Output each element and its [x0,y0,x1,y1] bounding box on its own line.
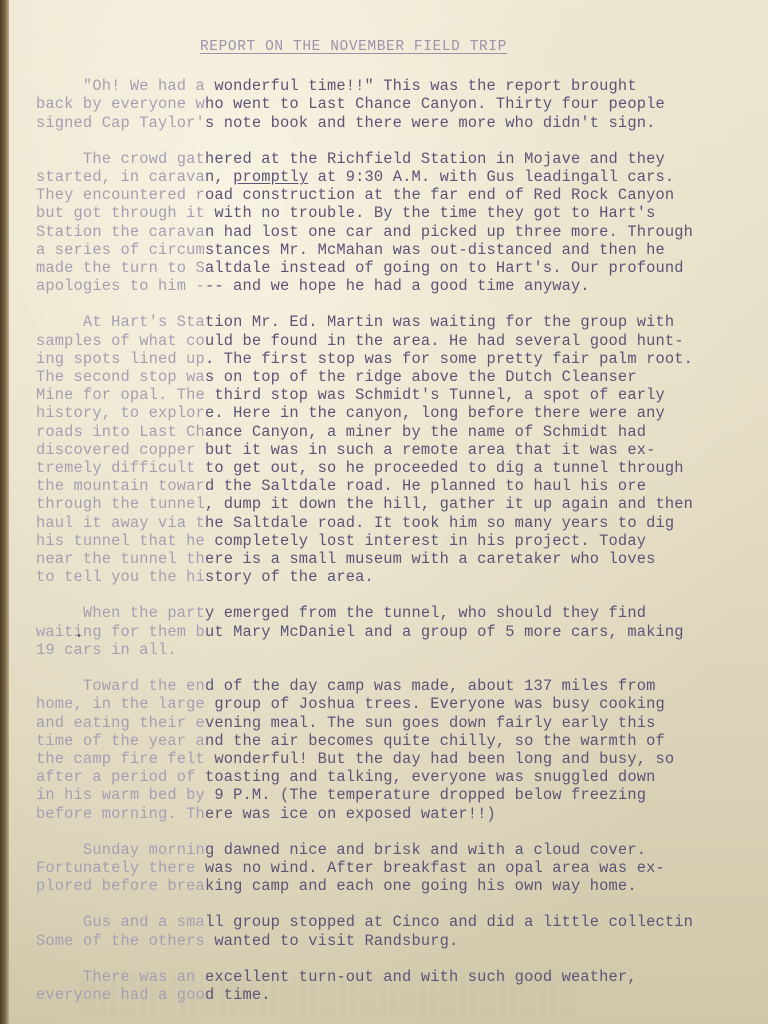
text-line: near the tunnel there is a small museum … [36,550,766,568]
text-line: Station the caravan had lost one car and… [36,223,766,241]
text-line: but got through it with no trouble. By t… [36,204,766,222]
text-line: haul it away via the Saltdale road. It t… [36,514,766,532]
binding-edge [0,0,9,1024]
paragraph-3: At Hart's Station Mr. Ed. Martin was wai… [36,313,766,586]
text-line: back by everyone who went to Last Chance… [36,95,766,113]
paragraph-2: The crowd gathered at the Richfield Stat… [36,150,766,296]
text-line: signed Cap Taylor's note book and there … [36,114,766,132]
text-line: after a period of toasting and talking, … [36,768,766,786]
text-line: The second stop was on top of the ridge … [36,368,766,386]
text-line: roads into Last Chance Canyon, a miner b… [36,423,766,441]
text-line: There was an excellent turn-out and with… [36,968,766,986]
text-line: Fortunately there was no wind. After bre… [36,859,766,877]
text-line: his tunnel that he completely lost inter… [36,532,766,550]
stray-ink-mark [78,634,80,637]
text-line: tremely difficult to get out, so he proc… [36,459,766,477]
text-line: waiting for them but Mary McDaniel and a… [36,623,766,641]
paragraph-7: Gus and a small group stopped at Cinco a… [36,913,766,949]
text-line: ing spots lined up. The first stop was f… [36,350,766,368]
text-line: the mountain toward the Saltdale road. H… [36,477,766,495]
text-line: before morning. There was ice on exposed… [36,805,766,823]
text-line: the camp fire felt wonderful! But the da… [36,750,766,768]
document-title: REPORT ON THE NOVEMBER FIELD TRIP [36,38,766,56]
text-line: samples of what could be found in the ar… [36,332,766,350]
text-line: and eating their evening meal. The sun g… [36,714,766,732]
text-line: They encountered road construction at th… [36,186,766,204]
paragraph-5: Toward the end of the day camp was made,… [36,677,766,823]
text-line: plored before breaking camp and each one… [36,877,766,895]
paragraph-6: Sunday morning dawned nice and brisk and… [36,841,766,896]
typewritten-document: REPORT ON THE NOVEMBER FIELD TRIP "Oh! W… [36,38,766,1022]
text-line: made the turn to Saltdale instead of goi… [36,259,766,277]
text-line: 19 cars in all. [36,641,766,659]
text-line: Sunday morning dawned nice and brisk and… [36,841,766,859]
text-line: started, in caravan, promptly at 9:30 A.… [36,168,766,186]
text-line: Mine for opal. The third stop was Schmid… [36,386,766,404]
text-line: home, in the large group of Joshua trees… [36,695,766,713]
text-line: through the tunnel, dump it down the hil… [36,495,766,513]
text-line: apologies to him --- and we hope he had … [36,277,766,295]
document-title-text: REPORT ON THE NOVEMBER FIELD TRIP [200,39,507,55]
text-line: Gus and a small group stopped at Cinco a… [36,913,766,931]
text-line: Some of the others wanted to visit Rands… [36,932,766,950]
text-line: When the party emerged from the tunnel, … [36,604,766,622]
text-line: "Oh! We had a wonderful time!!" This was… [36,77,766,95]
paragraph-4: When the party emerged from the tunnel, … [36,604,766,659]
text-line: in his warm bed by 9 P.M. (The temperatu… [36,786,766,804]
text-line: to tell you the history of the area. [36,568,766,586]
paragraph-8: There was an excellent turn-out and with… [36,968,766,1004]
text-line: a series of circumstances Mr. McMahan wa… [36,241,766,259]
text-line: At Hart's Station Mr. Ed. Martin was wai… [36,313,766,331]
text-line: Toward the end of the day camp was made,… [36,677,766,695]
paragraph-1: "Oh! We had a wonderful time!!" This was… [36,77,766,132]
text-line: time of the year and the air becomes qui… [36,732,766,750]
text-line: discovered copper but it was in such a r… [36,441,766,459]
text-line: The crowd gathered at the Richfield Stat… [36,150,766,168]
text-line: history, to explore. Here in the canyon,… [36,404,766,422]
text-line: everyone had a good time. [36,986,766,1004]
